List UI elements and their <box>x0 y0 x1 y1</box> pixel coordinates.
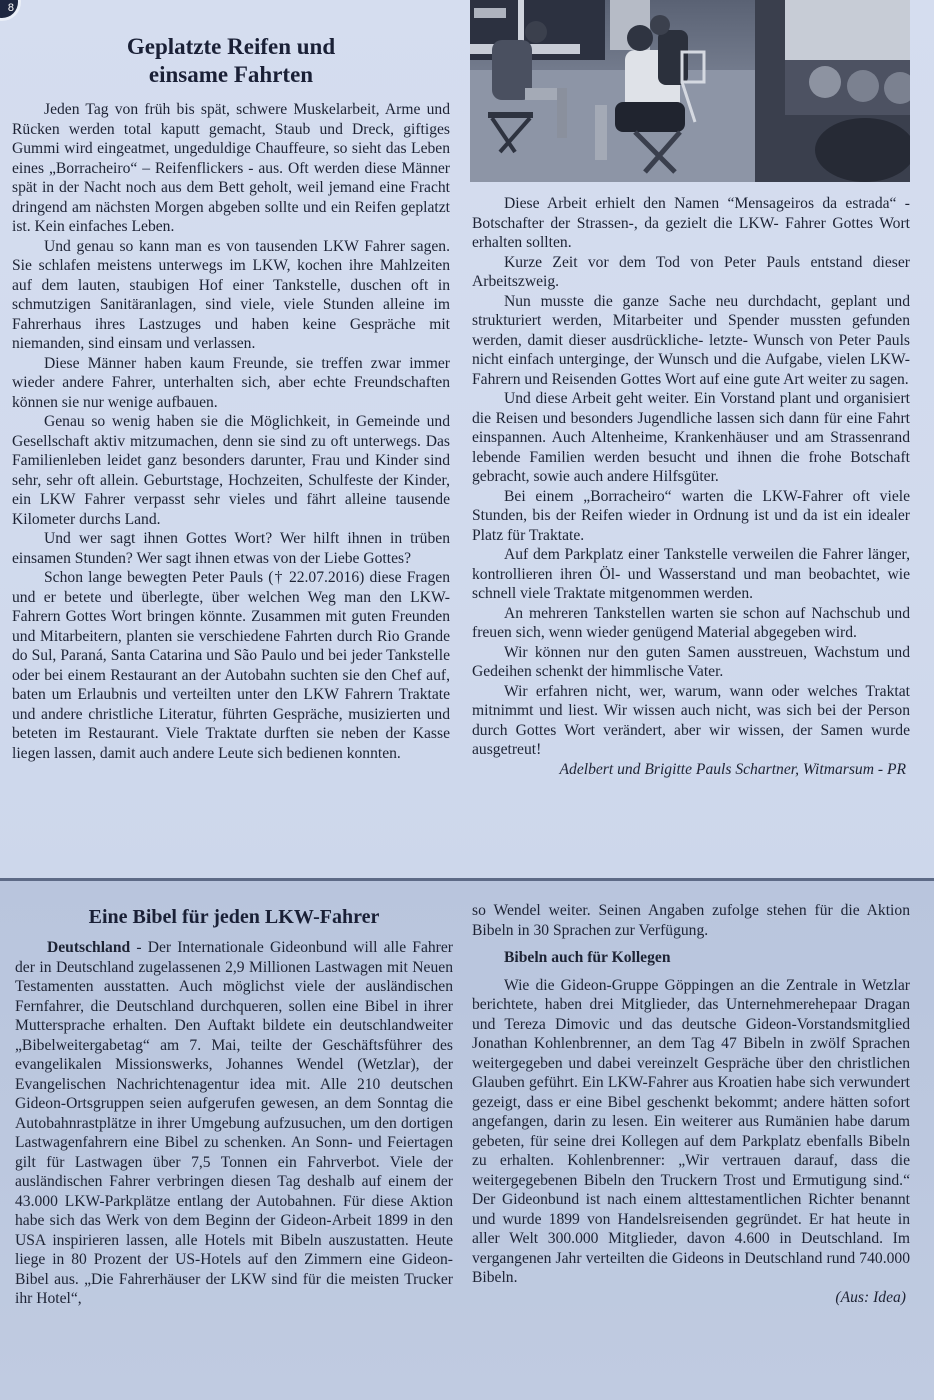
article1-title-line1: Geplatzte Reifen und <box>127 34 335 59</box>
article1-title-line2: einsame Fahrten <box>149 62 313 87</box>
article2-dateline: Deutschland <box>47 939 130 956</box>
article2-lead-text: - Der Internationale Gideonbund will all… <box>15 939 453 1307</box>
article1-left-column: Jeden Tag von früh bis spät, schwere Mus… <box>12 100 450 763</box>
article2-source: (Aus: Idea) <box>472 1288 910 1308</box>
article1-paragraph: An mehreren Tankstellen warten sie schon… <box>472 604 910 643</box>
article1-paragraph: Wir erfahren nicht, wer, warum, wann ode… <box>472 682 910 760</box>
article2-lead-paragraph: Deutschland - Der Internationale Gideonb… <box>15 938 453 1309</box>
article1-title: Geplatzte Reifen und einsame Fahrten <box>12 33 450 89</box>
article1-paragraph: Nun musste die ganze Sache neu durchdach… <box>472 292 910 390</box>
article2-subheading: Bibeln auch für Kollegen <box>504 948 910 968</box>
article2-title: Eine Bibel für jeden LKW-Fahrer <box>15 904 453 930</box>
article1-paragraph: Jeden Tag von früh bis spät, schwere Mus… <box>12 100 450 237</box>
article1-signature: Adelbert und Brigitte Pauls Schartner, W… <box>472 760 910 780</box>
article1-right-column: Diese Arbeit erhielt den Namen “Mensagei… <box>472 194 910 779</box>
article1-paragraph: Diese Arbeit erhielt den Namen “Mensagei… <box>472 194 910 253</box>
article1-paragraph: Auf dem Parkplatz einer Tankstelle verwe… <box>472 545 910 604</box>
article1-paragraph: Und genau so kann man es von tausenden L… <box>12 237 450 354</box>
article2-right-column: so Wendel weiter. Seinen Angaben zufolge… <box>472 901 910 1307</box>
article1-paragraph: Schon lange bewegten Peter Pauls († 22.0… <box>12 568 450 763</box>
article1-paragraph: Und wer sagt ihnen Gottes Wort? Wer hilf… <box>12 529 450 568</box>
page-number: 8 <box>8 2 14 14</box>
article-photo <box>470 0 910 182</box>
photo-truck-drivers-image <box>470 0 910 182</box>
article2-left-column: Deutschland - Der Internationale Gideonb… <box>15 938 453 1309</box>
article2-body: Wie die Gideon-Gruppe Göppingen an die Z… <box>472 976 910 1288</box>
article2-continuation: so Wendel weiter. Seinen Angaben zufolge… <box>472 901 910 940</box>
article1-paragraph: Und diese Arbeit geht weiter. Ein Vorsta… <box>472 389 910 487</box>
article1-paragraph: Diese Männer haben kaum Freunde, sie tre… <box>12 354 450 413</box>
article1-paragraph: Bei einem „Borracheiro“ warten die LKW-F… <box>472 487 910 546</box>
article1-paragraph: Wir können nur den guten Samen ausstreue… <box>472 643 910 682</box>
article1-paragraph: Kurze Zeit vor dem Tod von Peter Pauls e… <box>472 253 910 292</box>
article1-paragraph: Genau so wenig haben sie die Möglichkeit… <box>12 412 450 529</box>
